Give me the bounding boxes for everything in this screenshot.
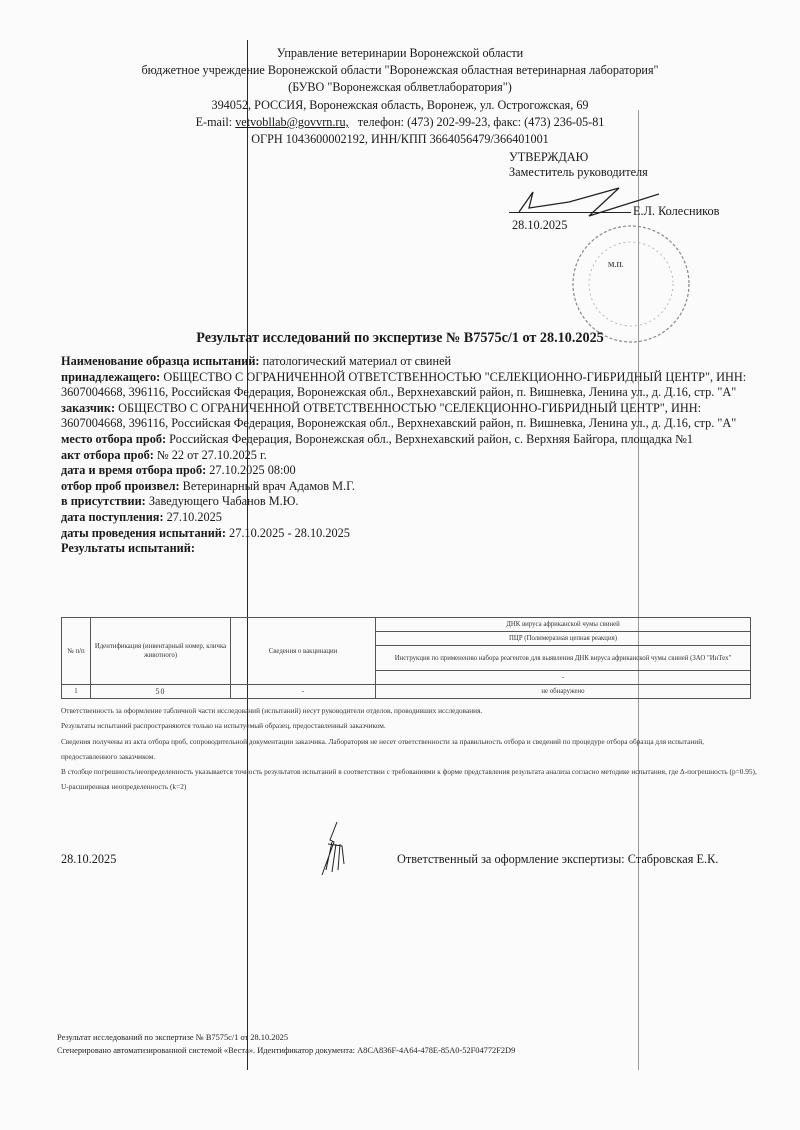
cell-result: не обнаружено <box>376 685 751 699</box>
col-header-number: № п/п <box>62 618 91 685</box>
col-header-test: ДНК вируса африканской чумы свиней <box>376 618 751 632</box>
note-source: Сведения получены из акта отбора проб, с… <box>61 734 761 765</box>
field-witness: в присутствии: Заведующего Чабанов М.Ю. <box>61 494 751 510</box>
responsible-person: Ответственный за оформление экспертизы: … <box>397 852 718 867</box>
results-table: № п/п Идентификация (инвентарный номер, … <box>61 617 751 699</box>
field-sampling-datetime: дата и время отбора проб: 27.10.2025 08:… <box>61 463 751 479</box>
col-header-identification: Идентификация (инвентарный номер, кличка… <box>91 618 231 685</box>
cell-number: 1 <box>62 685 91 699</box>
footer-reference: Результат исследований по экспертизе № В… <box>57 1032 515 1045</box>
header-contacts: E-mail: vetvobllab@govvrn.ru, телефон: (… <box>0 115 800 131</box>
cell-identification: 50 <box>91 685 231 699</box>
signature-icon <box>312 820 352 880</box>
approval-date: 28.10.2025 <box>512 218 567 233</box>
field-sample-name: Наименование образца испытаний: патологи… <box>61 354 751 370</box>
field-received-date: дата поступления: 27.10.2025 <box>61 510 751 526</box>
header-ministry: Управление ветеринарии Воронежской облас… <box>0 46 800 62</box>
header-short-name: (БУВО "Воронежская облветлаборатория") <box>0 80 800 96</box>
approval-block: УТВЕРЖДАЮ Заместитель руководителя Е.Л. … <box>509 150 648 180</box>
field-sampling-act: акт отбора проб: № 22 от 27.10.2025 г. <box>61 448 751 464</box>
signature-line <box>509 212 631 213</box>
header-registration: ОГРН 1043600002192, ИНН/КПП 3664056479/3… <box>0 132 800 148</box>
header-address: 394052, РОССИЯ, Воронежская область, Вор… <box>0 98 800 114</box>
col-header-method: ПЦР (Полимеразная цепная реакция) <box>376 632 751 646</box>
note-responsibility: Ответственность за оформление табличной … <box>61 703 761 718</box>
phone-fax: телефон: (473) 202-99-23, факс: (473) 23… <box>358 115 605 129</box>
col-header-instruction: Инструкция по применению набора реагенто… <box>376 646 751 671</box>
cell-vaccination: - <box>231 685 376 699</box>
field-sampling-place: место отбора проб: Российская Федерация,… <box>61 432 751 448</box>
field-sampler: отбор проб произвел: Ветеринарный врач А… <box>61 479 751 495</box>
seal-stamp-icon: М.П. <box>566 222 696 347</box>
approver-name: Е.Л. Колесников <box>633 204 719 219</box>
table-row: 1 50 - не обнаружено <box>62 685 751 699</box>
sample-details: Наименование образца испытаний: патологи… <box>61 354 751 557</box>
signoff-date: 28.10.2025 <box>61 852 116 867</box>
results-heading: Результаты испытаний: <box>61 541 751 557</box>
field-test-dates: даты проведения испытаний: 27.10.2025 - … <box>61 526 751 542</box>
approval-title: УТВЕРЖДАЮ <box>509 150 648 165</box>
approval-position: Заместитель руководителя <box>509 165 648 180</box>
notes-block: Ответственность за оформление табличной … <box>61 703 761 795</box>
note-scope: Результаты испытаний распространяются то… <box>61 718 761 733</box>
document-footer: Результат исследований по экспертизе № В… <box>57 1032 515 1057</box>
col-header-vaccination: Сведения о вакцинации <box>231 618 376 685</box>
email-link[interactable]: vetvobllab@govvrn.ru, <box>235 115 348 129</box>
svg-text:М.П.: М.П. <box>608 261 624 269</box>
field-customer: заказчик: ОБЩЕСТВО С ОГРАНИЧЕННОЙ ОТВЕТС… <box>61 401 751 432</box>
field-owner: принадлежащего: ОБЩЕСТВО С ОГРАНИЧЕННОЙ … <box>61 370 751 401</box>
col-header-uncertainty: - <box>376 671 751 685</box>
footer-identifier: Сгенерировано автоматизированной системо… <box>57 1045 515 1058</box>
header-institution: бюджетное учреждение Воронежской области… <box>0 63 800 79</box>
document-title: Результат исследований по экспертизе № В… <box>0 330 800 347</box>
email-label: E-mail: <box>196 115 233 129</box>
document-page: Управление ветеринарии Воронежской облас… <box>0 0 800 1130</box>
note-uncertainty: В столбце погрешность/неопределенность у… <box>61 764 761 795</box>
